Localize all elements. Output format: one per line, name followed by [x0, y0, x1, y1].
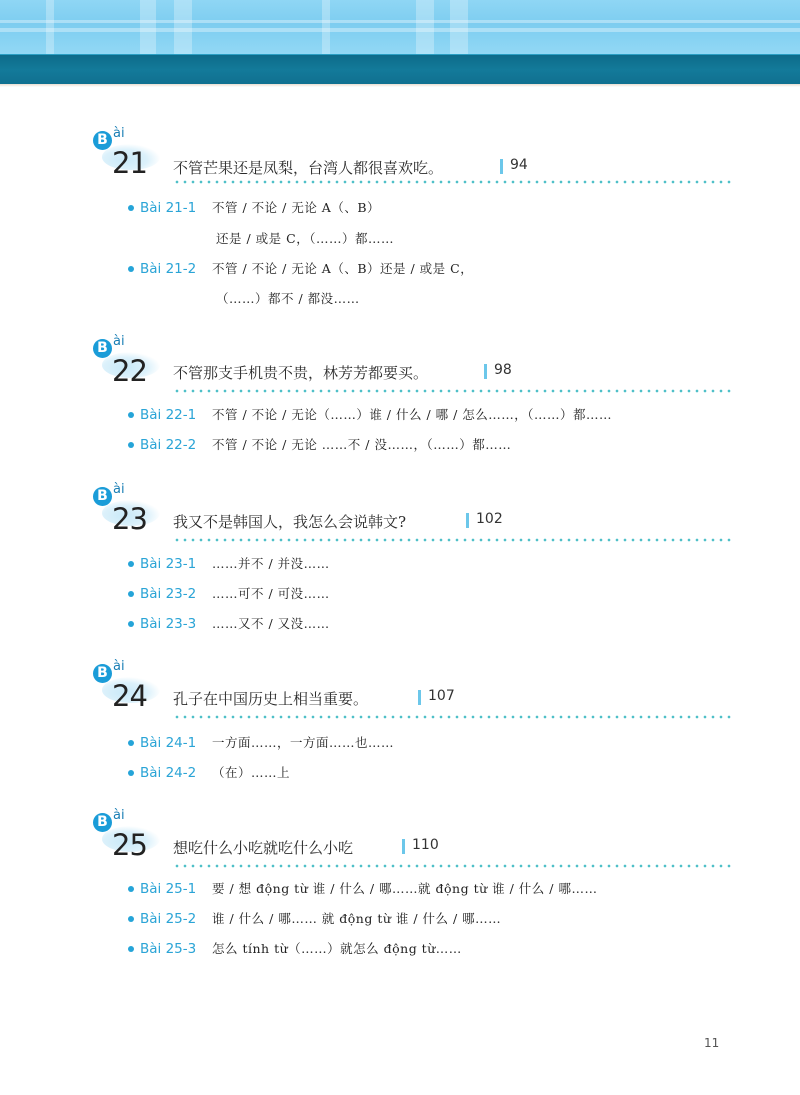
bullet-icon	[128, 412, 134, 418]
lesson-title[interactable]: 不管那支手机贵不贵，林芳芳都要买。	[173, 362, 428, 383]
badge-letter-icon: B	[93, 131, 112, 150]
bullet-icon	[128, 621, 134, 627]
bullet-icon	[128, 916, 134, 922]
grammar-item[interactable]: Bài 24-1一方面……，一方面……也……	[128, 733, 394, 751]
header-stripe	[0, 28, 800, 32]
page-reference[interactable]: 98	[484, 362, 512, 378]
grammar-label: Bài 23-1	[140, 556, 212, 572]
grammar-item[interactable]: Bài 25-3怎么 tính từ（……）就怎么 động từ……	[128, 939, 462, 957]
lesson-number: 25	[112, 828, 147, 862]
badge-suffix: ài	[113, 808, 125, 823]
grammar-label: Bài 25-3	[140, 941, 212, 957]
header-shadow	[0, 84, 800, 87]
lesson-title[interactable]: 我又不是韩国人，我怎么会说韩文?	[173, 511, 406, 532]
lesson-title[interactable]: 想吃什么小吃就吃什么小吃	[173, 837, 353, 858]
header-stripe	[140, 0, 156, 54]
badge-letter-icon: B	[93, 813, 112, 832]
grammar-label: Bài 22-2	[140, 437, 212, 453]
header-stripe	[174, 0, 192, 54]
page-reference[interactable]: 107	[418, 688, 455, 704]
grammar-label: Bài 21-1	[140, 200, 212, 216]
badge-letter-icon: B	[93, 487, 112, 506]
page-reference[interactable]: 110	[402, 837, 439, 853]
grammar-label: Bài 24-2	[140, 765, 212, 781]
bullet-icon	[128, 205, 134, 211]
page-number: 11	[704, 1036, 719, 1050]
lesson-number: 21	[112, 146, 147, 180]
grammar-label: Bài 23-3	[140, 616, 212, 632]
grammar-pattern-continued: （……）都不 / 都没……	[216, 289, 360, 307]
lesson-number: 22	[112, 354, 147, 388]
lesson-title[interactable]: 不管芒果还是凤梨，台湾人都很喜欢吃。	[173, 157, 443, 178]
grammar-label: Bài 21-2	[140, 261, 212, 277]
lesson-number: 24	[112, 679, 147, 713]
badge-suffix: ài	[113, 126, 125, 141]
page-reference[interactable]: 102	[466, 511, 503, 527]
bullet-icon	[128, 740, 134, 746]
dotted-divider	[173, 715, 733, 719]
dotted-divider	[173, 180, 733, 184]
bullet-icon	[128, 770, 134, 776]
grammar-label: Bài 25-1	[140, 881, 212, 897]
grammar-item[interactable]: Bài 21-1不管 / 不论 / 无论 A（、B）	[128, 198, 380, 216]
grammar-pattern: ……又不 / 又没……	[212, 616, 330, 631]
grammar-label: Bài 22-1	[140, 407, 212, 423]
grammar-pattern: 不管 / 不论 / 无论 A（、B）	[212, 200, 380, 215]
grammar-pattern: ……可不 / 可没……	[212, 586, 330, 601]
grammar-pattern: 怎么 tính từ（……）就怎么 động từ……	[212, 941, 462, 956]
badge-letter-icon: B	[93, 339, 112, 358]
grammar-item[interactable]: Bài 23-1……并不 / 并没……	[128, 554, 330, 572]
bullet-icon	[128, 266, 134, 272]
bullet-icon	[128, 946, 134, 952]
grammar-pattern: 一方面……，一方面……也……	[212, 735, 394, 750]
header-stripe	[46, 0, 54, 54]
grammar-item[interactable]: Bài 22-1不管 / 不论 / 无论（……）谁 / 什么 / 哪 / 怎么……	[128, 405, 612, 423]
grammar-label: Bài 24-1	[140, 735, 212, 751]
grammar-label: Bài 25-2	[140, 911, 212, 927]
header-band-dark	[0, 54, 800, 85]
badge-suffix: ài	[113, 659, 125, 674]
grammar-item[interactable]: Bài 23-2……可不 / 可没……	[128, 584, 330, 602]
dotted-divider	[173, 864, 733, 868]
grammar-pattern: （在）……上	[212, 765, 290, 780]
badge-suffix: ài	[113, 482, 125, 497]
header-stripe	[450, 0, 468, 54]
grammar-item[interactable]: Bài 23-3……又不 / 又没……	[128, 614, 330, 632]
header-stripe	[0, 20, 800, 23]
grammar-item[interactable]: Bài 22-2不管 / 不论 / 无论 ……不 / 没……，（……）都……	[128, 435, 511, 453]
grammar-pattern-continued: 还是 / 或是 C，（……）都……	[216, 229, 394, 247]
grammar-item[interactable]: Bài 25-2谁 / 什么 / 哪…… 就 động từ 谁 / 什么 / …	[128, 909, 501, 927]
dotted-divider	[173, 389, 733, 393]
grammar-pattern: 不管 / 不论 / 无论 A（、B）还是 / 或是 C，	[212, 261, 473, 276]
lesson-number: 23	[112, 502, 147, 536]
dotted-divider	[173, 538, 733, 542]
bullet-icon	[128, 561, 134, 567]
bullet-icon	[128, 886, 134, 892]
header-stripe	[416, 0, 434, 54]
grammar-item[interactable]: Bài 25-1要 / 想 động từ 谁 / 什么 / 哪……就 động…	[128, 879, 597, 897]
grammar-pattern: 不管 / 不论 / 无论（……）谁 / 什么 / 哪 / 怎么……，（……）都……	[212, 407, 612, 422]
grammar-pattern: 不管 / 不论 / 无论 ……不 / 没……，（……）都……	[212, 437, 511, 452]
bullet-icon	[128, 591, 134, 597]
header-stripe	[322, 0, 330, 54]
bullet-icon	[128, 442, 134, 448]
page-reference[interactable]: 94	[500, 157, 528, 173]
grammar-pattern: 要 / 想 động từ 谁 / 什么 / 哪……就 động từ 谁 / …	[212, 881, 597, 896]
grammar-item[interactable]: Bài 21-2不管 / 不论 / 无论 A（、B）还是 / 或是 C，	[128, 259, 473, 277]
badge-suffix: ài	[113, 334, 125, 349]
grammar-pattern: 谁 / 什么 / 哪…… 就 động từ 谁 / 什么 / 哪……	[212, 911, 501, 926]
grammar-label: Bài 23-2	[140, 586, 212, 602]
lesson-title[interactable]: 孔子在中国历史上相当重要。	[173, 688, 368, 709]
header-band-light	[0, 0, 800, 54]
badge-letter-icon: B	[93, 664, 112, 683]
grammar-pattern: ……并不 / 并没……	[212, 556, 330, 571]
grammar-item[interactable]: Bài 24-2（在）……上	[128, 763, 290, 781]
